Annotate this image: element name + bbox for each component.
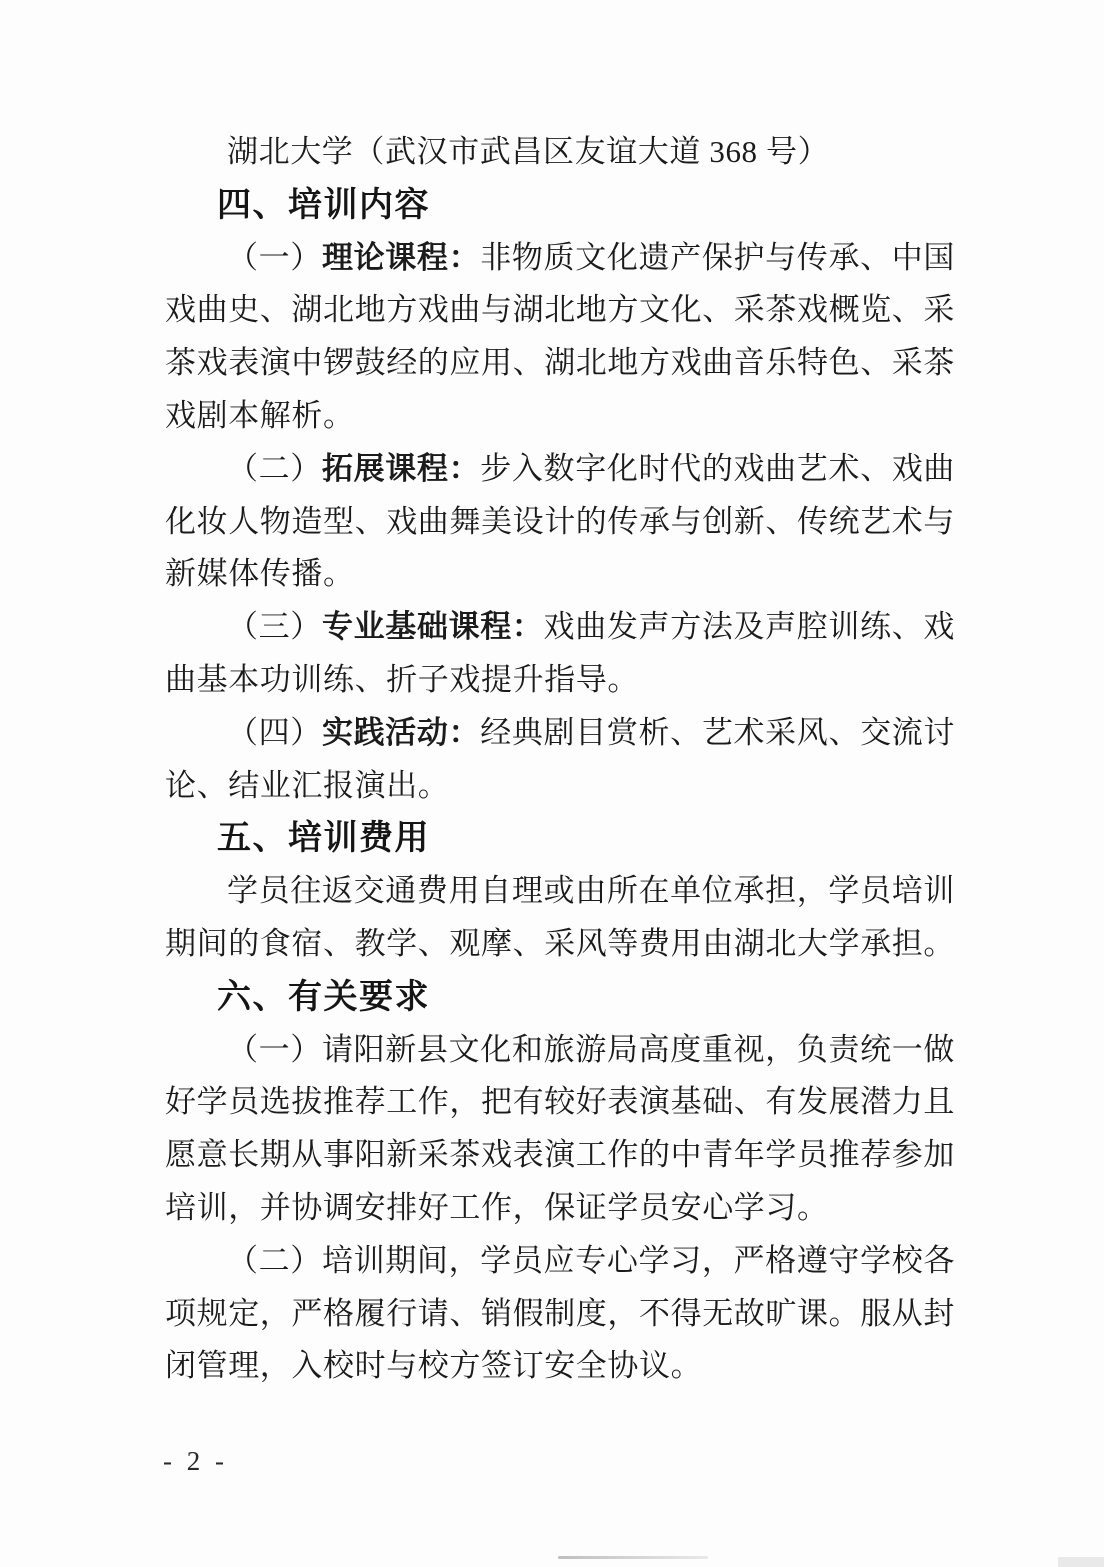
scanned-document-page: 湖北大学（武汉市武昌区友谊大道 368 号） 四、培训内容 （一）理论课程：非物…	[0, 0, 1104, 1567]
item-label: 实践活动：	[322, 715, 480, 750]
location-text: 湖北大学（武汉市武昌区友谊大道 368 号）	[227, 134, 829, 169]
item-number: （二）	[227, 1243, 322, 1278]
training-location-line: 湖北大学（武汉市武昌区友谊大道 368 号）	[165, 126, 955, 179]
item-label: 理论课程：	[322, 240, 480, 275]
item-label: 专业基础课程：	[322, 609, 544, 644]
paragraph-fees: 学员往返交通费用自理或由所在单位承担，学员培训期间的食宿、教学、观摩、采风等费用…	[165, 865, 955, 971]
fees-text: 学员往返交通费用自理或由所在单位承担，学员培训期间的食宿、教学、观摩、采风等费用…	[165, 873, 955, 961]
document-body: 湖北大学（武汉市武昌区友谊大道 368 号） 四、培训内容 （一）理论课程：非物…	[165, 126, 955, 1393]
section-heading-training-fees: 五、培训费用	[165, 812, 955, 865]
paragraph-theory-courses: （一）理论课程：非物质文化遗产保护与传承、中国戏曲史、湖北地方戏曲与湖北地方文化…	[165, 232, 955, 443]
paragraph-practice-activities: （四）实践活动：经典剧目赏析、艺术采风、交流讨论、结业汇报演出。	[165, 707, 955, 813]
paragraph-extension-courses: （二）拓展课程：步入数字化时代的戏曲艺术、戏曲化妆人物造型、戏曲舞美设计的传承与…	[165, 443, 955, 601]
paragraph-requirement-1: （一）请阳新县文化和旅游局高度重视，负责统一做好学员选拔推荐工作，把有较好表演基…	[165, 1024, 955, 1235]
paragraph-requirement-2: （二）培训期间，学员应专心学习，严格遵守学校各项规定，严格履行请、销假制度，不得…	[165, 1235, 955, 1393]
section-heading-training-content: 四、培训内容	[165, 179, 955, 232]
scan-artifact-line	[558, 1556, 708, 1559]
paragraph-basic-courses: （三）专业基础课程：戏曲发声方法及声腔训练、戏曲基本功训练、折子戏提升指导。	[165, 601, 955, 707]
item-number: （四）	[227, 715, 322, 750]
page-number: - 2 -	[163, 1446, 228, 1477]
item-number: （三）	[227, 609, 322, 644]
section-heading-requirements: 六、有关要求	[165, 971, 955, 1024]
item-number: （二）	[227, 451, 322, 486]
item-number: （一）	[227, 1032, 322, 1067]
item-label: 拓展课程：	[322, 451, 480, 486]
scan-artifact-smudge	[1058, 1557, 1104, 1567]
item-number: （一）	[227, 240, 322, 275]
